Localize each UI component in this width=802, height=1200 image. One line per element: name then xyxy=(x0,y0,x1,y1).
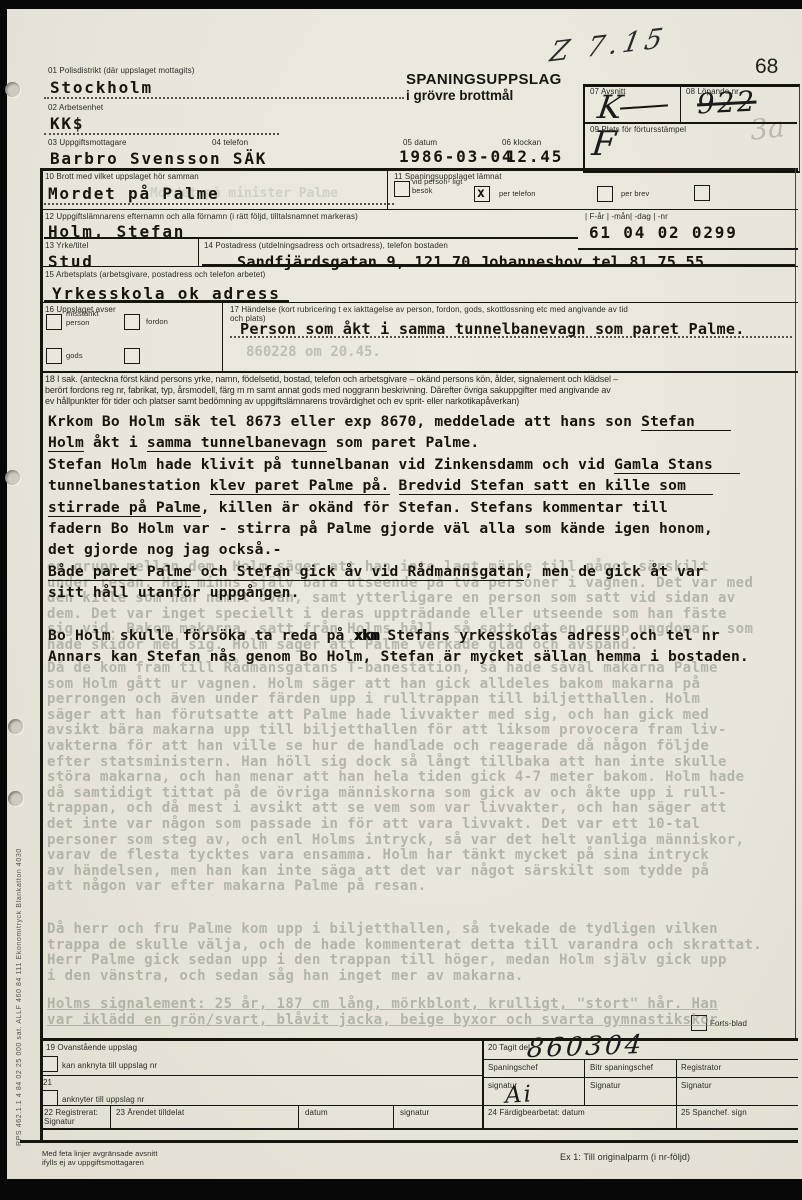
divider xyxy=(676,1059,677,1130)
divider xyxy=(198,238,199,267)
form-title-line2: i grövre brottmål xyxy=(406,88,513,103)
field-06-label: 06 klockan xyxy=(502,138,541,147)
field-18-label-line1: 18 I sak. (anteckna först känd persons y… xyxy=(45,374,618,384)
pnr-value: 61 04 02 0299 xyxy=(589,223,738,242)
field-23-label: 23 Ärendet tilldelat xyxy=(116,1108,184,1117)
footer-copy-note: Ex 1: Till originalparm (i nr-följd) xyxy=(560,1152,690,1162)
field-19-checkbox xyxy=(42,1056,58,1072)
divider xyxy=(222,302,223,372)
row-divider xyxy=(43,302,798,303)
field-18-label-line3: ev hållpunkter för tider och platser sam… xyxy=(45,396,519,406)
main-box-right-border xyxy=(795,168,796,1040)
checkbox-check-mark: x xyxy=(477,186,485,201)
field-01-label: 01 Polisdistrikt (där uppslaget mottagit… xyxy=(48,66,195,75)
report-body-line: Bo Holm skulle försöka ta reda på xkm St… xyxy=(48,627,749,648)
punch-hole xyxy=(5,82,20,97)
f11-option-checkbox xyxy=(597,186,613,202)
col-registrator: Registrator xyxy=(681,1063,721,1072)
field-01-value: Stockholm xyxy=(50,78,153,97)
field-18-label-line2: berört fordons reg nr, fabrikat, typ, år… xyxy=(45,385,611,395)
field-03-value: Barbro Svensson SÄK xyxy=(50,149,267,168)
divider-thick xyxy=(482,1038,484,1130)
value-underline xyxy=(44,237,578,239)
field-02-label: 02 Arbetsenhet xyxy=(48,103,103,112)
field-04-label: 04 telefon xyxy=(212,138,248,147)
field-10-label: 10 Brott med vilket uppslaget hör samman xyxy=(45,172,199,181)
field-24-label: 24 Färdigbearbetat: datum xyxy=(488,1108,585,1117)
report-body-line: fadern Bo Holm var - stirra på Palme gjo… xyxy=(48,520,749,541)
page-number: 68 xyxy=(755,55,778,79)
divider xyxy=(110,1105,111,1128)
f11-option-label: per telefon xyxy=(499,190,569,199)
divider xyxy=(680,84,681,122)
field-17-ghost: 860228 om 20.45. xyxy=(246,344,381,360)
field-19-label: 19 Ovanstående uppslag xyxy=(46,1043,137,1052)
field-17-label-line1: 17 Händelse (kort rubricering t ex iaktt… xyxy=(230,305,628,314)
divider xyxy=(393,1105,394,1128)
report-body-line: sitt håll utanför uppgången. xyxy=(48,584,749,605)
row-divider xyxy=(484,1059,798,1060)
col-bitr-spaningschef: Bitr spaningschef xyxy=(590,1063,653,1072)
punch-hole xyxy=(5,470,20,485)
row-divider xyxy=(43,371,798,373)
handwritten-stamp-f: F xyxy=(590,124,618,164)
field-15-label: 15 Arbetsplats (arbetsgivare, postadress… xyxy=(45,270,265,279)
field-13-label: 13 Yrke/titel xyxy=(45,241,88,250)
main-box-left-border xyxy=(40,168,43,1143)
f16-option-checkbox xyxy=(46,314,62,330)
field-25-label: 25 Spanchef. sign xyxy=(681,1108,747,1117)
report-body-line: Stefan Holm hade klivit på tunnelbanan v… xyxy=(48,456,749,477)
footer-heavy-rule xyxy=(20,1140,798,1143)
report-body-line: det gjorde nog jag också.- xyxy=(48,541,749,562)
f11-option-label: per brev xyxy=(621,190,691,199)
report-body-line: stirrade på Palme, killen är okänd för S… xyxy=(48,499,749,520)
f16-option-checkbox xyxy=(46,348,62,364)
field-20-label: 20 Tagit del xyxy=(488,1043,530,1052)
field-12-label: 12 Uppgiftslämnarens efternamn och alla … xyxy=(45,212,358,221)
pnr-header: | F-år | -mån| -dag | -nr xyxy=(585,212,668,221)
col-spaningschef: Spaningschef xyxy=(488,1063,538,1072)
report-body-line: Annars kan Stefan nås genom Bo Holm, Ste… xyxy=(48,648,749,669)
f11-option-checkbox xyxy=(694,185,710,201)
field-02-value: KK$ xyxy=(50,114,84,133)
scan-edge-left xyxy=(0,0,7,1200)
scan-edge-bottom xyxy=(0,1179,802,1200)
field-14-label: 14 Postadress (utdelningsadress och orts… xyxy=(204,241,448,250)
report-body-line: Krkom Bo Holm säk tel 8673 eller exp 867… xyxy=(48,413,749,434)
row-divider xyxy=(43,1105,798,1106)
f16-option-label: misstänkt person xyxy=(66,310,118,327)
field-22-label: 22 Registrerat: xyxy=(44,1108,98,1117)
divider xyxy=(298,1105,299,1128)
report-body-line: Holm åkt i samma tunnelbanevagn som pare… xyxy=(48,434,749,455)
row-divider xyxy=(43,1075,482,1076)
report-body-line: Både paret Palme och Stefan gick åv vid … xyxy=(48,563,749,584)
dotted-rule xyxy=(44,133,279,135)
main-box-top-border xyxy=(40,168,798,171)
field-19-cb-label: kan anknyta till uppslag nr xyxy=(62,1061,157,1070)
f11-option-label: vid person- ligt besök xyxy=(412,178,468,195)
f16-option-checkbox xyxy=(124,314,140,330)
sig2-label: Signatur xyxy=(590,1081,621,1090)
bleed-through-paragraph: Då de kom fram till Rådmansgatans T-bane… xyxy=(47,661,744,895)
form-title-line1: SPANINGSUPPSLAG xyxy=(406,71,562,88)
field-22-label2: Signatur xyxy=(44,1117,75,1126)
f11-option-checkbox xyxy=(394,181,410,197)
field-13-value: Stud xyxy=(48,252,94,271)
ghost-handwriting: 3a xyxy=(748,110,786,146)
dotted-rule xyxy=(44,97,404,99)
row-divider xyxy=(43,266,798,267)
row-divider xyxy=(484,1077,798,1078)
field-03-label: 03 Uppgiftsmottagare xyxy=(48,138,127,147)
sig3-label: Signatur xyxy=(681,1081,712,1090)
dotted-rule xyxy=(44,203,394,205)
bottom-box-bottom-border xyxy=(40,1128,798,1130)
field-21-cb-label: anknyter till uppslag nr xyxy=(62,1095,144,1104)
row-divider xyxy=(43,209,798,210)
f16-option-checkbox xyxy=(124,348,140,364)
field-10-value: Mordet på Palme xyxy=(48,184,220,203)
pnr-underline xyxy=(578,248,798,250)
field-06-value: 12.45 xyxy=(506,147,563,166)
field-17-value: Person som åkt i samma tunnelbanevagn so… xyxy=(240,320,745,338)
bleed-through-paragraph: Då herr och fru Palme kom upp i biljetth… xyxy=(47,922,762,984)
divider xyxy=(584,1059,585,1106)
scanned-police-form: RPS 462.1.1 4 84 02 25 000 sat. ALLF 460… xyxy=(0,0,802,1200)
field-23-datum-label: datum xyxy=(305,1108,328,1117)
field-21-checkbox xyxy=(42,1090,58,1106)
field-05-label: 05 datum xyxy=(403,138,437,147)
field-05-value: 1986-03-04 xyxy=(399,147,513,166)
divider xyxy=(387,168,388,210)
field-23-signatur-label: signatur xyxy=(400,1108,429,1117)
scan-edge-top xyxy=(0,0,802,9)
footer-note-line2: ifylls ej av uppgiftsmottagaren xyxy=(42,1159,212,1168)
bottom-box-top-border xyxy=(40,1038,798,1041)
f16-option-label: fordon xyxy=(146,318,216,327)
margin-imprint: RPS 462.1.1 4 84 02 25 000 sat. ALLF 460… xyxy=(16,686,23,1146)
report-body-line: tunnelbanestation klev paret Palme på. B… xyxy=(48,477,749,498)
field-21-label: 21 xyxy=(43,1078,52,1087)
report-body-text: Krkom Bo Holm säk tel 8673 eller exp 867… xyxy=(48,413,749,669)
bleed-through-paragraph: Holms signalement: 25 år, 187 cm lång, m… xyxy=(47,997,727,1028)
field-14-value: Sandfjärdsgatan 9, 121 70 Johanneshov te… xyxy=(237,253,714,271)
